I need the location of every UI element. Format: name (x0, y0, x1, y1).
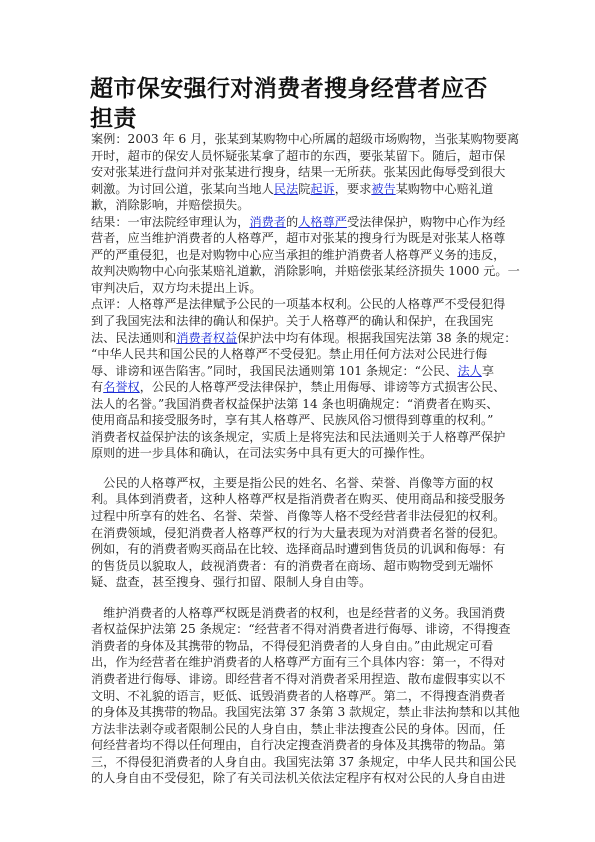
text-line: 的售货员以貌取人，歧视消费者：有的消费者在商场、超市购物受到无端怀 (91, 558, 511, 575)
text-line: 到了我国宪法和法律的确认和保护。关于人格尊严的确认和保护，在我国宪 (91, 313, 511, 330)
link-civil-law[interactable]: 民法 (274, 182, 298, 196)
title-line-1: 超市保安强行对消费者搜身经营者应否 (90, 74, 510, 104)
text-line: 辱、诽谤和诬告陷害。”同时，我国民法通则第 101 条规定：“公民、法人享 (91, 363, 511, 380)
text-line: 原则的进一步具体和确认，在司法实务中具有更大的可操作性。 (91, 445, 511, 462)
paragraph-commentary: 点评：人格尊严是法律赋予公民的一项基本权利。公民的人格尊严不受侵犯得 到了我国宪… (91, 296, 511, 461)
link-legal-person[interactable]: 法人 (457, 364, 481, 378)
document-page: 超市保安强行对消费者搜身经营者应否 担责 案例：2003 年 6 月，张某到某购… (0, 0, 595, 842)
text-line: 消费者进行侮辱、诽谤。即经营者不得对消费者采用捏造、散布虚假事实以不 (91, 671, 511, 688)
text-line: 疑、盘查，甚至搜身、强行扣留、限制人身自由等。 (91, 574, 511, 591)
paragraph-gap (91, 462, 511, 475)
text-line: “中华人民共和国公民的人格尊严不受侵犯。禁止用任何方法对公民进行侮 (91, 346, 511, 363)
page-title: 超市保安强行对消费者搜身经营者应否 担责 (90, 74, 510, 134)
text-line: 维护消费者的人格尊严权既是消费者的权利，也是经营者的义务。我国消费 (91, 605, 511, 622)
text-span: 院 (298, 182, 310, 196)
text-span: 刺激。为讨回公道，张某向当地人 (91, 182, 274, 196)
text-span: 法、民法通则和 (91, 331, 176, 345)
text-line: 有名誉权，公民的人格尊严受法律保护，禁止用侮辱、诽谤等方式损害公民、 (91, 379, 511, 396)
text-line: 故判决购物中心向张某赔礼道歉，消除影响，并赔偿张某经济损失 1000 元。一 (91, 263, 511, 280)
text-line: 结果：一审法院经审理认为，消费者的人格尊严受法律保护，购物中心作为经 (91, 214, 511, 231)
paragraph-operator-duty: 维护消费者的人格尊严权既是消费者的权利，也是经营者的义务。我国消费 者权益保护法… (91, 605, 511, 787)
paragraph-result: 结果：一审法院经审理认为，消费者的人格尊严受法律保护，购物中心作为经 营者，应当… (91, 214, 511, 297)
link-defendant[interactable]: 被告 (371, 182, 395, 196)
link-reputation-right[interactable]: 名誉权 (103, 380, 140, 394)
link-consumer[interactable]: 消费者 (249, 215, 286, 229)
text-span: 有 (91, 380, 103, 394)
paragraph-gap (91, 591, 511, 605)
text-span: ，要求 (335, 182, 372, 196)
text-line: 的人身自由不受侵犯，除了有关司法机关依法定程序有权对公民的人身自由进 (91, 770, 511, 787)
link-personal-dignity[interactable]: 人格尊严 (298, 215, 347, 229)
link-sue[interactable]: 起诉 (310, 182, 334, 196)
text-line: 例如，有的消费者购买商品在比较、选择商品时遭到售货员的讥讽和侮辱：有 (91, 541, 511, 558)
text-line: 过程中所享有的姓名、名誉、荣誉、肖像等人格不受经营者非法侵犯的权利。 (91, 508, 511, 525)
text-line: 审判决后，双方均未提出上诉。 (91, 280, 511, 297)
paragraph-case: 案例：2003 年 6 月，张某到某购物中心所属的超级市场购物，当张某购物要离 … (91, 131, 511, 214)
text-span: ，公民的人格尊严受法律保护，禁止用侮辱、诽谤等方式损害公民、 (140, 380, 506, 394)
text-line: 法、民法通则和消费者权益保护法中均有体现。根据我国宪法第 38 条的规定： (91, 330, 511, 347)
text-line: 三，不得侵犯消费者的人身自由。我国宪法第 37 条规定，中华人民共和国公民 (91, 754, 511, 771)
text-line: 何经营者均不得以任何理由，自行决定搜查消费者的身体及其携带的物品。第 (91, 737, 511, 754)
text-span: 的 (286, 215, 298, 229)
text-line: 歉，消除影响，并赔偿损失。 (91, 197, 511, 214)
text-line: 安对张某进行盘问并对张某进行搜身，结果一无所获。张某因此侮辱受到很大 (91, 164, 511, 181)
text-line: 案例：2003 年 6 月，张某到某购物中心所属的超级市场购物，当张某购物要离 (91, 131, 511, 148)
paragraph-dignity-right: 公民的人格尊严权，主要是指公民的姓名、名誉、荣誉、肖像等方面的权 利。具体到消费… (91, 475, 511, 591)
text-line: 利。具体到消费者，这种人格尊严权是指消费者在购买、使用商品和接受服务 (91, 491, 511, 508)
text-line: 消费者权益保护法的该条规定，实质上是将宪法和民法通则关于人格尊严保护 (91, 429, 511, 446)
article-body: 案例：2003 年 6 月，张某到某购物中心所属的超级市场购物，当张某购物要离 … (91, 131, 511, 787)
text-span: 受法律保护，购物中心作为经 (347, 215, 505, 229)
text-line: 公民的人格尊严权，主要是指公民的姓名、名誉、荣誉、肖像等方面的权 (91, 475, 511, 492)
text-line: 文明、不礼貌的语言，贬低、诋毁消费者的人格尊严。第二，不得搜查消费者 (91, 688, 511, 705)
text-line: 的身体及其携带的物品。我国宪法第 37 条第 3 款规定，禁止非法拘禁和以其他 (91, 704, 511, 721)
text-line: 法人的名誉。”我国消费者权益保护法第 14 条也明确规定：“消费者在购买、 (91, 396, 511, 413)
text-span: 保护法中均有体现。根据我国宪法第 38 条的规定： (237, 331, 516, 345)
text-line: 出，作为经营者在维护消费者的人格尊严方面有三个具体内容：第一，不得对 (91, 654, 511, 671)
text-line: 使用商品和接受服务时，享有其人格尊严、民族风俗习惯得到尊重的权利。” (91, 412, 511, 429)
text-line: 严的严重侵犯，也是对购物中心应当承担的维护消费者人格尊严义务的违反， (91, 247, 511, 264)
link-consumer-rights[interactable]: 消费者权益 (176, 331, 237, 345)
text-span: 享 (482, 364, 494, 378)
title-line-2: 担责 (90, 104, 510, 134)
text-line: 点评：人格尊严是法律赋予公民的一项基本权利。公民的人格尊严不受侵犯得 (91, 296, 511, 313)
text-span: 结果：一审法院经审理认为， (91, 215, 249, 229)
text-line: 者权益保护法第 25 条规定：“经营者不得对消费者进行侮辱、诽谤，不得搜查 (91, 621, 511, 638)
text-line: 开时，超市的保安人员怀疑张某拿了超市的东西，要张某留下。随后，超市保 (91, 148, 511, 165)
text-span: 辱、诽谤和诬告陷害。”同时，我国民法通则第 101 条规定：“公民、 (91, 364, 457, 378)
text-line: 营者，应当维护消费者的人格尊严，超市对张某的搜身行为既是对张某人格尊 (91, 230, 511, 247)
text-line: 方法非法剥夺或者限制公民的人身自由，禁止非法搜查公民的身体。因而，任 (91, 721, 511, 738)
text-span: 某购物中心赔礼道 (396, 182, 494, 196)
text-line: 刺激。为讨回公道，张某向当地人民法院起诉，要求被告某购物中心赔礼道 (91, 181, 511, 198)
text-line: 消费者的身体及其携带的物品，不得侵犯消费者的人身自由。”由此规定可看 (91, 638, 511, 655)
text-line: 在消费领域，侵犯消费者人格尊严权的行为大量表现为对消费者名誉的侵犯。 (91, 525, 511, 542)
